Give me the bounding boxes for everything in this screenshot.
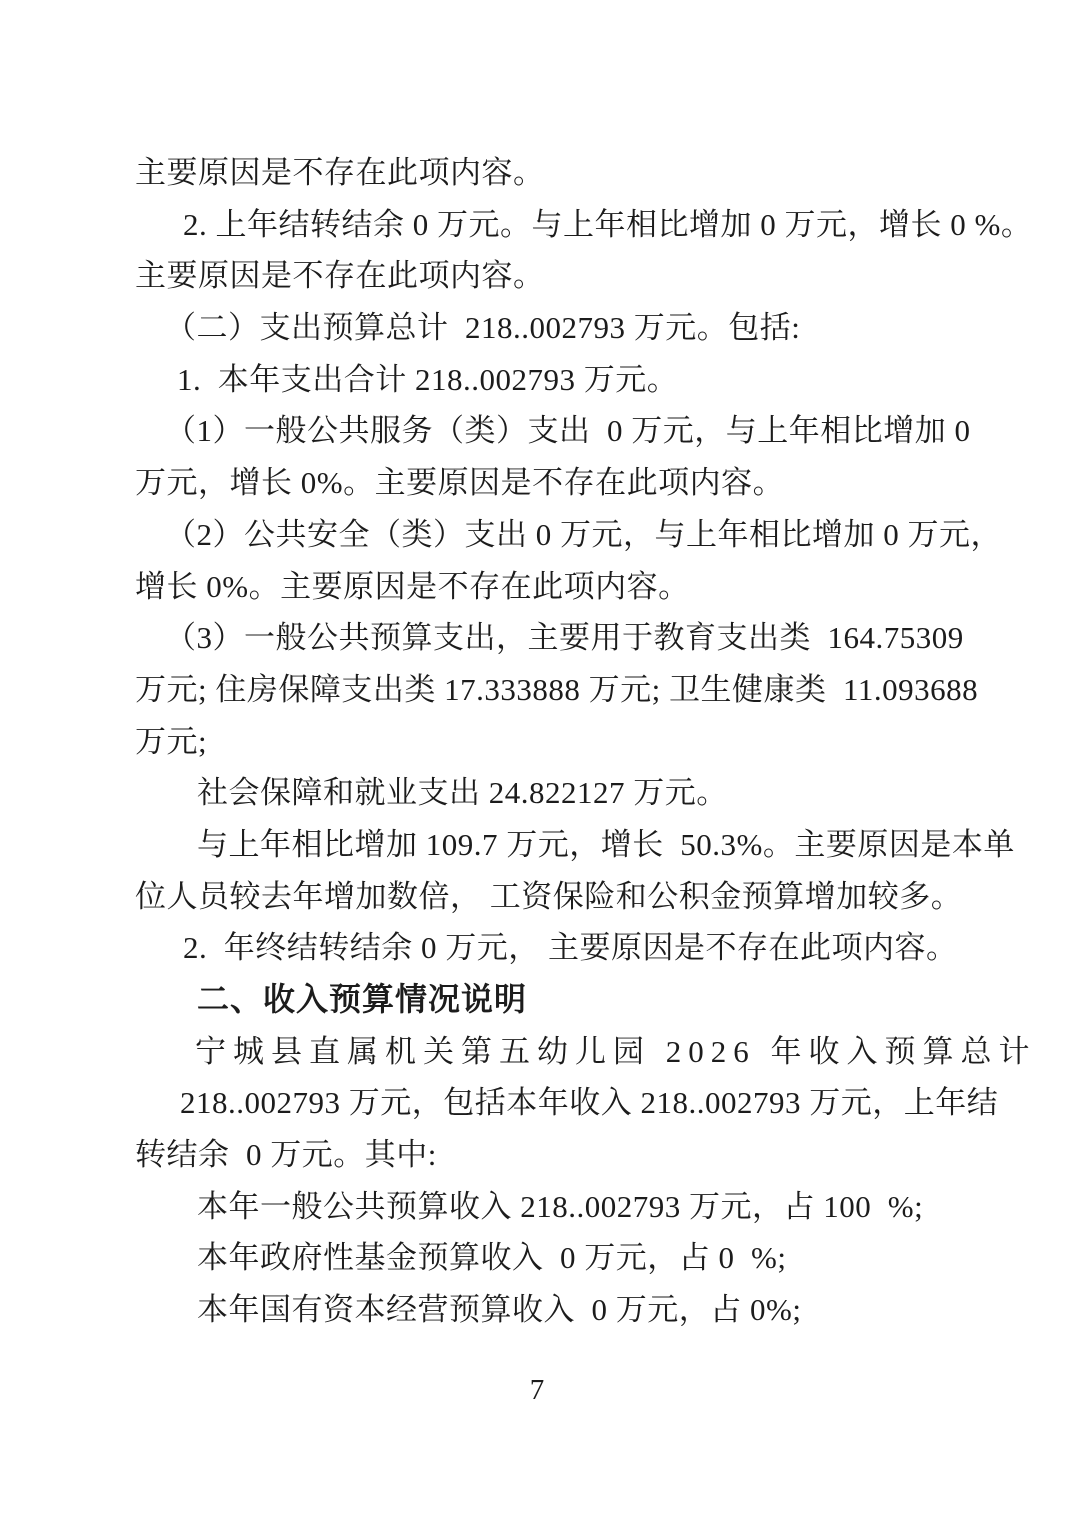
text-line: （2）公共安全（类）支出 0 万元，与上年相比增加 0 万元， <box>135 509 947 561</box>
text-line: 与上年相比增加 109.7 万元，增长 50.3%。主要原因是本单 <box>135 819 947 871</box>
text-line: 2. 年终结转结余 0 万元， 主要原因是不存在此项内容。 <box>135 922 947 974</box>
document-body: 主要原因是不存在此项内容。2. 上年结转结余 0 万元。与上年相比增加 0 万元… <box>135 147 947 1336</box>
text-line: 2. 上年结转结余 0 万元。与上年相比增加 0 万元，增长 0 %。 <box>135 199 947 251</box>
text-line: 1. 本年支出合计 218..002793 万元。 <box>135 354 947 406</box>
text-line: 转结余 0 万元。其中: <box>135 1129 947 1181</box>
text-line: 万元; <box>135 716 947 768</box>
text-line: 宁城县直属机关第五幼儿园 2026 年收入预算总计 <box>135 1026 947 1078</box>
page-number: 7 <box>0 1365 1074 1415</box>
text-line: 218..002793 万元，包括本年收入 218..002793 万元，上年结 <box>135 1077 947 1129</box>
text-line: 主要原因是不存在此项内容。 <box>135 147 947 199</box>
text-line: 本年国有资本经营预算收入 0 万元，占 0%; <box>135 1284 947 1336</box>
text-line: 本年政府性基金预算收入 0 万元，占 0 %; <box>135 1232 947 1284</box>
section-heading: 二、收入预算情况说明 <box>135 974 947 1026</box>
text-line: （3）一般公共预算支出，主要用于教育支出类 164.75309 <box>135 612 947 664</box>
text-line: 增长 0%。主要原因是不存在此项内容。 <box>135 561 947 613</box>
text-line: 位人员较去年增加数倍， 工资保险和公积金预算增加较多。 <box>135 871 947 923</box>
text-line: 社会保障和就业支出 24.822127 万元。 <box>135 767 947 819</box>
text-line: 本年一般公共预算收入 218..002793 万元，占 100 %; <box>135 1181 947 1233</box>
document-page: 主要原因是不存在此项内容。2. 上年结转结余 0 万元。与上年相比增加 0 万元… <box>0 0 1074 1520</box>
text-line: 万元，增长 0%。主要原因是不存在此项内容。 <box>135 457 947 509</box>
text-line: 万元; 住房保障支出类 17.333888 万元; 卫生健康类 11.09368… <box>135 664 947 716</box>
text-line: （二）支出预算总计 218..002793 万元。包括: <box>135 302 947 354</box>
text-line: 主要原因是不存在此项内容。 <box>135 250 947 302</box>
text-line: （1）一般公共服务（类）支出 0 万元，与上年相比增加 0 <box>135 405 947 457</box>
